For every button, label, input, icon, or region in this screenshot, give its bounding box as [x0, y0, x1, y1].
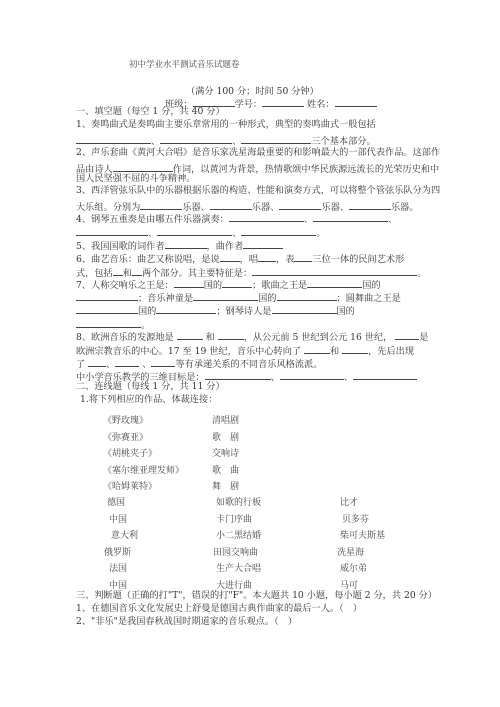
- q6-prefix: 6、曲艺音乐：曲艺又称说唱，是说: [76, 254, 220, 265]
- blank[interactable]: [258, 251, 276, 262]
- blank[interactable]: [76, 317, 141, 328]
- blank[interactable]: [113, 265, 123, 276]
- blank[interactable]: [140, 199, 182, 210]
- exam-subtitle: （满分 100 分；时间 50 分钟）: [186, 83, 319, 97]
- id-field[interactable]: [262, 96, 304, 107]
- piece-item[interactable]: 生产大合唱: [216, 561, 261, 578]
- blank[interactable]: [113, 161, 173, 172]
- q7-piano: ；钢琴诗人是: [216, 306, 271, 317]
- country-of: 国的: [138, 306, 156, 317]
- work-item[interactable]: 《弥赛亚》: [103, 430, 184, 447]
- composers-column: 比才 贝多芬 柴可夫斯基 冼星海 威尔弟 马可: [340, 495, 385, 594]
- q7-line3: 国的；钢琴诗人是国的: [76, 303, 355, 318]
- section1-heading: 一、填空题（每空 1 分，共 40 分）: [76, 106, 225, 118]
- genre-item[interactable]: 舞 剧: [212, 479, 239, 496]
- country-item[interactable]: 意大利: [107, 528, 138, 545]
- blank[interactable]: [156, 303, 216, 314]
- country-item[interactable]: 法国: [107, 561, 138, 578]
- q1-blanks: 、、三个基本部分。: [76, 133, 376, 148]
- blank[interactable]: [88, 356, 106, 367]
- blank[interactable]: [76, 290, 138, 301]
- blank[interactable]: [313, 211, 388, 222]
- blank[interactable]: [241, 225, 316, 236]
- blank[interactable]: [76, 303, 138, 314]
- name-field[interactable]: [335, 96, 377, 107]
- blank[interactable]: [294, 251, 312, 262]
- blank[interactable]: [307, 277, 362, 288]
- q2-line3: 国人民坚强不屈的斗争精神。: [76, 173, 195, 185]
- blank[interactable]: [157, 225, 232, 236]
- genre-item[interactable]: 歌 剧: [212, 430, 239, 447]
- work-item[interactable]: 《哈姆莱特》: [103, 479, 184, 496]
- blank[interactable]: [243, 238, 283, 249]
- piece-item[interactable]: 田园交响曲: [213, 545, 261, 562]
- blank[interactable]: [280, 369, 344, 380]
- q8-is: 是: [419, 332, 428, 343]
- q6-sing: ，唱: [240, 254, 258, 265]
- q6-act: ，表: [276, 254, 294, 265]
- section3-heading: 三、判断题（正确的打"T"，错误的打"F"。本大题共 10 小题，每小题 2 分…: [76, 590, 437, 602]
- blank[interactable]: [76, 225, 148, 236]
- blank[interactable]: [304, 343, 330, 354]
- works-column: 《野玫瑰》 《弥赛亚》 《胡桃夹子》 《塞尔维亚理发师》 《哈姆莱特》: [103, 413, 184, 496]
- and-text: 和: [330, 346, 339, 357]
- composer-item[interactable]: 比才: [340, 495, 385, 512]
- pieces-column: 如歌的行板 卡门序曲 小二黑结婚 田园交响曲 生产大合唱 大进行曲: [216, 495, 261, 594]
- section2-heading: 二、连线题（每线 1 分，共 11 分）: [76, 381, 225, 393]
- blank[interactable]: [229, 211, 304, 222]
- blank[interactable]: [349, 199, 391, 210]
- q8-mid: ，从公元前 5 世纪到公元 16 世纪，: [244, 332, 393, 343]
- q8-then: ，先后出现: [368, 346, 414, 357]
- blank[interactable]: [210, 199, 252, 210]
- q2-suffix: 作词，以黄河为背景，热情歌颂中华民族源远流长的光荣历史和中: [173, 164, 439, 175]
- exam-title: 初中学业水平测试音乐试题卷: [129, 58, 240, 70]
- piece-item[interactable]: 如歌的行板: [216, 495, 261, 512]
- blank[interactable]: [174, 277, 204, 288]
- work-item[interactable]: 《野玫瑰》: [103, 413, 184, 430]
- country-item[interactable]: 中国: [107, 512, 138, 529]
- q8-prefix: 8、欧洲音乐的发源地是: [76, 332, 174, 343]
- blank[interactable]: [342, 343, 368, 354]
- q6-suffix: 三位一体的民间艺术形: [312, 254, 404, 265]
- q1-suffix: 三个基本部分。: [311, 136, 375, 147]
- country-item[interactable]: 俄罗斯: [104, 545, 138, 562]
- blank[interactable]: [76, 133, 151, 144]
- piece-item[interactable]: 小二黑结婚: [216, 528, 261, 545]
- id-label: 学号：: [235, 99, 263, 110]
- genre-item[interactable]: 清唱剧: [212, 413, 239, 430]
- composer-item[interactable]: 柴可夫斯基: [340, 528, 385, 545]
- blank[interactable]: [160, 133, 232, 144]
- genre-item[interactable]: 歌 曲: [212, 463, 239, 480]
- blank[interactable]: [220, 251, 240, 262]
- blank[interactable]: [279, 199, 321, 210]
- name-label: 姓名：: [307, 99, 335, 110]
- q4-prefix: 4、钢琴五重奏是由哪五件乐器演奏：: [76, 214, 229, 225]
- section2-q1: 1.将下列相应的作品、体裁连接：: [80, 394, 217, 406]
- and-text: 和: [206, 332, 215, 343]
- q3-text: 3、西洋管弦乐队中的乐器根据乐器的构造、性能和演奏方式，可以将整个管弦乐队分为四: [76, 185, 440, 197]
- work-item[interactable]: 《胡桃夹子》: [103, 446, 184, 463]
- blank[interactable]: [241, 133, 311, 144]
- tf-q1: 1、在德国音乐文化发展史上舒曼是德国古典作曲家的最后一人。（ ）: [76, 603, 362, 615]
- blank[interactable]: [252, 265, 417, 276]
- composer-item[interactable]: 贝多芬: [340, 512, 385, 529]
- q1-text: 1、奏鸣曲式是奏鸣曲主要乐章常用的一种形式，典型的奏鸣曲式一般包括: [76, 119, 376, 131]
- blank[interactable]: [272, 303, 337, 314]
- piece-item[interactable]: 卡门序曲: [216, 512, 261, 529]
- blank[interactable]: [115, 356, 139, 367]
- blank[interactable]: [218, 329, 244, 340]
- composer-item[interactable]: 冼星海: [337, 545, 385, 562]
- tf-q2: 2、"非乐"是我国春秋战国时期道家的音乐观点。（ ）: [76, 616, 297, 628]
- q4-text: 4、钢琴五重奏是由哪五件乐器演奏：、、: [76, 211, 397, 226]
- blank[interactable]: [177, 329, 203, 340]
- q2-text: 2、声乐套曲《黄河大合唱》是音乐家冼星海最重要的和影响最大的一部代表作品。这部作: [76, 147, 440, 159]
- work-item[interactable]: 《塞尔维亚理发师》: [103, 463, 184, 480]
- blank[interactable]: [277, 290, 337, 301]
- blank[interactable]: [165, 238, 207, 249]
- genres-column: 清唱剧 歌 剧 交响诗 歌 曲 舞 剧: [212, 413, 239, 496]
- country-item[interactable]: 德国: [107, 495, 138, 512]
- q6-text: 6、曲艺音乐：曲艺又称说唱，是说，唱，表三位一体的民间艺术形: [76, 251, 404, 266]
- genre-item[interactable]: 交响诗: [212, 446, 239, 463]
- blank[interactable]: [205, 369, 271, 380]
- blank[interactable]: [222, 277, 252, 288]
- country-of: 国的: [337, 306, 355, 317]
- blank[interactable]: [353, 369, 417, 380]
- composer-item[interactable]: 威尔弟: [340, 561, 385, 578]
- blank[interactable]: [151, 356, 175, 367]
- blank[interactable]: [132, 265, 142, 276]
- q8-text: 8、欧洲音乐的发源地是 和 ，从公元前 5 世纪到公元 16 世纪， 是: [76, 329, 428, 344]
- blank[interactable]: [193, 290, 258, 301]
- blank[interactable]: [395, 329, 419, 340]
- countries-column: 德国 中国 意大利 俄罗斯 法国 中国: [107, 495, 138, 594]
